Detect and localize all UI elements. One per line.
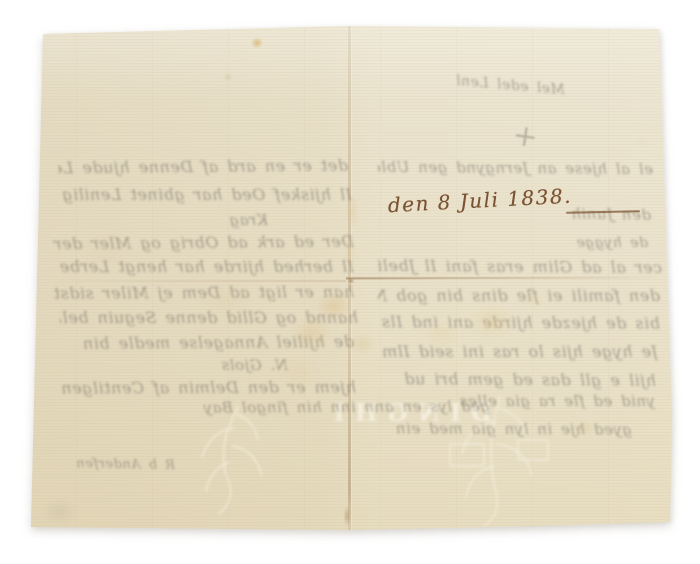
letter-paper-shadow: DINGHI: [0, 0, 700, 564]
paper-edge-shading: [0, 0, 700, 564]
photo-backdrop: DINGHI: [0, 0, 700, 564]
letter-paper: DINGHI: [0, 0, 700, 564]
